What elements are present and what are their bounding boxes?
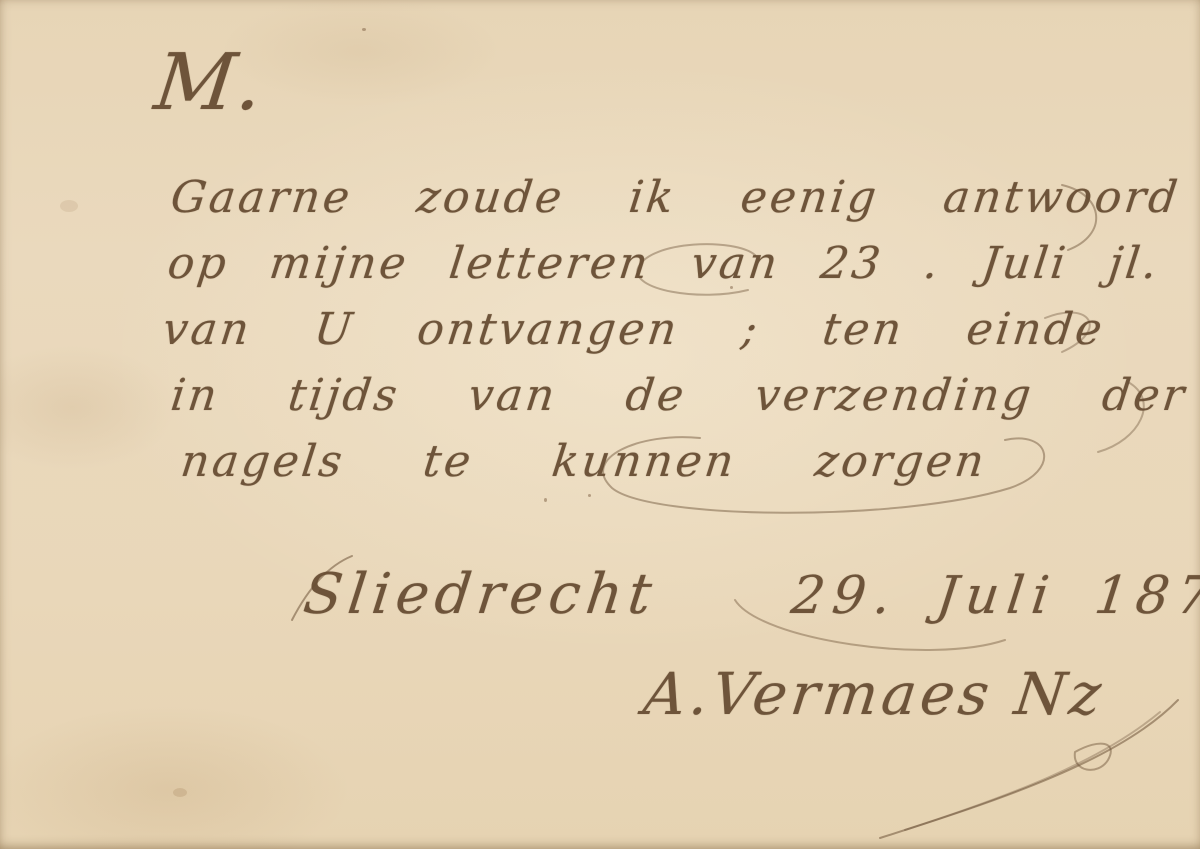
letter-body-line: nagels te kunnen zorgen [178, 436, 990, 487]
paper-stain [173, 788, 187, 797]
letter-page: M. Gaarne zoude ik eenig antwoord op mij… [0, 0, 1200, 849]
ink-speck [544, 498, 547, 502]
ink-speck [588, 494, 591, 497]
ink-speck [362, 28, 366, 31]
letter-date: 29. Juli 1871 [788, 566, 1200, 626]
letter-body-line: Gaarne zoude ik eenig antwoord [168, 172, 1183, 223]
letter-place: Sliedrecht [300, 562, 661, 627]
letter-salutation: M. [150, 38, 270, 128]
letter-body-line: van U ontvangen ; ten einde [160, 304, 1108, 355]
letter-body-line: in tijds van de verzending der [168, 370, 1190, 421]
letter-body-line: op mijne letteren van 23 . Juli jl. [165, 238, 1163, 289]
letter-signature: A.Vermaes Nz [640, 660, 1109, 728]
ink-speck [730, 286, 733, 289]
paper-stain [60, 200, 78, 212]
